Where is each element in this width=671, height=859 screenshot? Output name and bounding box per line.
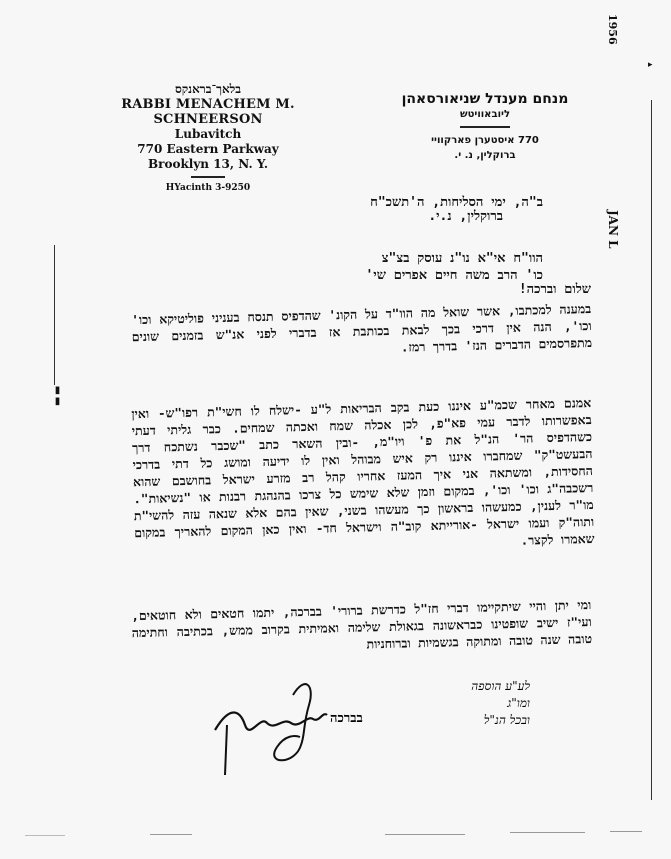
bottom-rule-5: [25, 835, 65, 836]
letterhead-english: בלאך־בראנקס RABBI MENACHEM M. SCHNEERSON…: [88, 82, 328, 196]
bottom-rule-2: [510, 832, 585, 833]
paragraph-3: ומי יתן והיי שיתקיימו דברי חז"ל כדרשת בר…: [131, 596, 592, 658]
date-location: ברוקלין, נ.י.: [370, 210, 503, 224]
letterhead-name: RABBI MENACHEM M. SCHNEERSON: [88, 97, 328, 127]
addressee-block: הוו"ח אי"א נו"נ עוסק בצ"צ כו' הרב משה חי…: [365, 250, 543, 284]
date-line: ב"ה, ימי הסליחות, ה'תשכ"ח: [370, 196, 543, 210]
bottom-rule-3: [610, 831, 642, 832]
arrow-mark-icon: ▸: [648, 60, 653, 70]
left-margin-line: [54, 245, 55, 385]
letterhead-city: Brooklyn 13, N. Y.: [88, 157, 328, 172]
letterhead-hebrew-street: 770 איסטערן פארקוויי: [390, 133, 580, 148]
letterhead-street: 770 Eastern Parkway: [88, 142, 328, 157]
greeting: שלום וברכה!: [519, 281, 591, 297]
letterhead-hebrew-city: ברוקלין, נ. י.: [390, 148, 580, 163]
scanned-letter-page: בלאך־בראנקס RABBI MENACHEM M. SCHNEERSON…: [0, 0, 671, 859]
bottom-rule-4: [150, 834, 192, 835]
letterhead-hebrew-city: בלאך־בראנקס: [88, 82, 328, 97]
left-margin-mark: ▮▮: [52, 385, 63, 407]
addressee-line-1: הוו"ח אי"א נו"נ עוסק בצ"צ: [365, 250, 543, 267]
letterhead-hebrew-divider: [460, 126, 510, 128]
margin-mark-date: JAN L: [606, 210, 620, 249]
letterhead-divider: [191, 176, 225, 178]
paragraph-2: אמנם מאחר שכמ"ע איננו כעת בקב הבריאות ל"…: [131, 394, 595, 558]
paragraph-1: במענה למכתבו, אשר שואל מה הוו"ד על הקונ'…: [131, 300, 592, 362]
letterhead-hebrew: מנחם מענדל שניאורסאהן ליובאוויטש 770 איס…: [390, 92, 580, 163]
margin-mark-year: 1956: [606, 14, 619, 45]
addressee-line-2: כו' הרב משה חיים אפרים שי': [365, 267, 543, 284]
right-edge-line: [651, 100, 652, 800]
handwritten-note-line-1: לע"ע הוספה: [440, 678, 530, 695]
handwritten-note-line-2: ומו"ג: [440, 695, 530, 712]
letterhead-place: Lubavitch: [88, 127, 328, 142]
letterhead-phone: HYacinth 3-9250: [88, 181, 328, 196]
date-block: ב"ה, ימי הסליחות, ה'תשכ"ח ברוקלין, נ.י.: [370, 196, 543, 224]
letterhead-hebrew-name: מנחם מענדל שניאורסאהן: [390, 92, 580, 107]
handwritten-note-line-3: ובכל הנ"ל: [440, 712, 530, 729]
letterhead-hebrew-place: ליובאוויטש: [390, 107, 580, 122]
handwritten-note: לע"ע הוספה ומו"ג ובכל הנ"ל: [440, 678, 530, 729]
bottom-rule-1: [385, 834, 465, 835]
